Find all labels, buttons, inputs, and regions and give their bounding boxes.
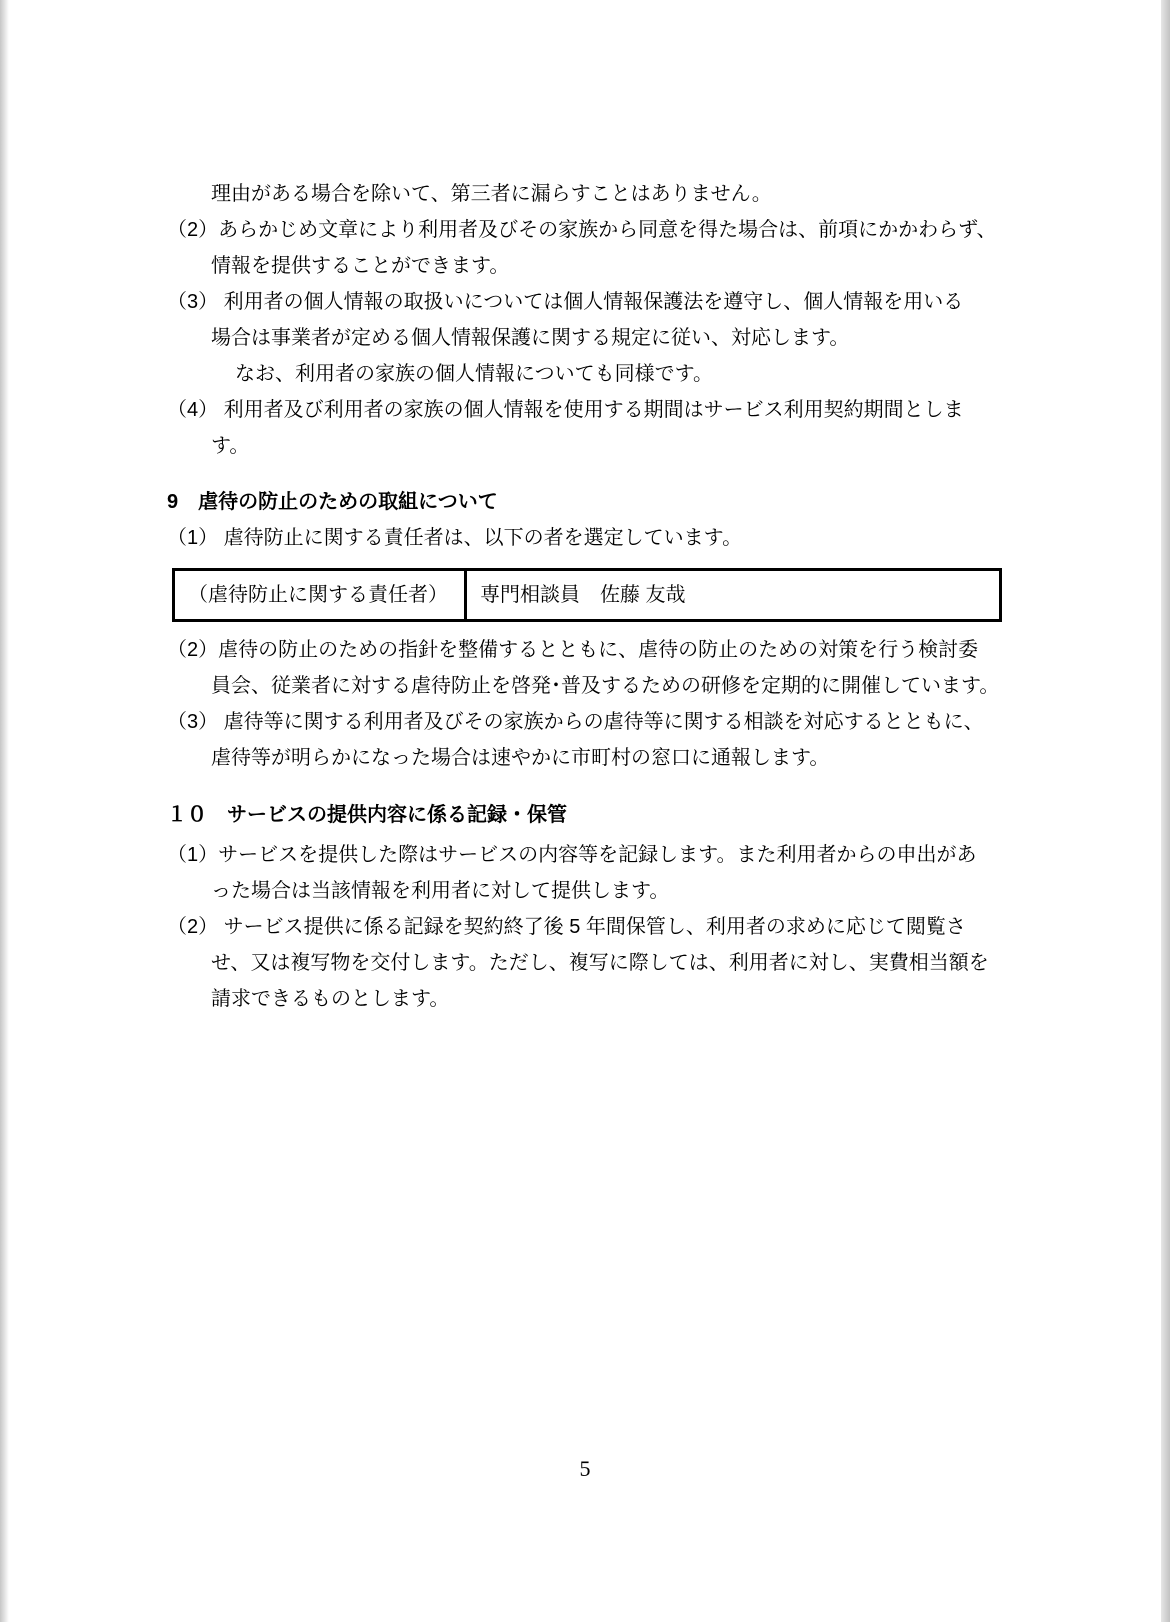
abuse-line: 虐待等が明らかになった場合は速やかに市町村の窓口に通報します。 bbox=[167, 740, 1010, 776]
privacy-item-3: （3） 利用者の個人情報の取扱いについては個人情報保護法を遵守し、個人情報を用い… bbox=[167, 284, 1010, 320]
records-line: った場合は当該情報を利用者に対して提供します。 bbox=[167, 873, 1010, 909]
viewer-gutter-left bbox=[0, 0, 9, 1622]
viewer-gutter-right bbox=[1161, 0, 1170, 1622]
privacy-note-line: なお、利用者の家族の個人情報についても同様です。 bbox=[167, 356, 1010, 392]
records-line: 請求できるものとします。 bbox=[167, 981, 1010, 1017]
table-row: （虐待防止に関する責任者） 専門相談員 佐藤 友哉 bbox=[174, 570, 1001, 621]
records-item-1: （1）サービスを提供した際はサービスの内容等を記録します。また利用者からの申出が… bbox=[167, 837, 1010, 873]
records-item-2: （2） サービス提供に係る記録を契約終了後 5 年間保管し、利用者の求めに応じて… bbox=[167, 909, 1010, 945]
document-page: 理由がある場合を除いて、第三者に漏らすことはありません。 （2）あらかじめ文章に… bbox=[0, 0, 1170, 1622]
section-10-heading: １０ サービスの提供内容に係る記録・保管 bbox=[167, 797, 1010, 833]
privacy-item-2: （2）あらかじめ文章により利用者及びその家族から同意を得た場合は、前項にかかわら… bbox=[167, 212, 1010, 248]
abuse-line: 員会、従業者に対する虐待防止を啓発･普及するための研修を定期的に開催しています。 bbox=[167, 668, 1010, 704]
abuse-item-3: （3） 虐待等に関する利用者及びその家族からの虐待等に関する相談を対応するととも… bbox=[167, 704, 1010, 740]
records-line: せ、又は複写物を交付します。ただし、複写に際しては、利用者に対し、実費相当額を bbox=[167, 945, 1010, 981]
privacy-line: 理由がある場合を除いて、第三者に漏らすことはありません。 bbox=[167, 176, 1010, 212]
section-9-heading: 9 虐待の防止のための取組について bbox=[167, 484, 1010, 520]
privacy-line: 情報を提供することができます。 bbox=[167, 248, 1010, 284]
document-body: 理由がある場合を除いて、第三者に漏らすことはありません。 （2）あらかじめ文章に… bbox=[167, 176, 1010, 1017]
privacy-item-4: （4） 利用者及び利用者の家族の個人情報を使用する期間はサービス利用契約期間とし… bbox=[167, 392, 1010, 428]
privacy-line: す。 bbox=[167, 428, 1010, 464]
abuse-item-2: （2）虐待の防止のための指針を整備するとともに、虐待の防止のための対策を行う検討… bbox=[167, 632, 1010, 668]
page-number: 5 bbox=[0, 1455, 1170, 1483]
responsible-person-value-cell: 専門相談員 佐藤 友哉 bbox=[466, 570, 1001, 621]
abuse-prevention-responsible-table: （虐待防止に関する責任者） 専門相談員 佐藤 友哉 bbox=[172, 568, 1002, 622]
responsible-person-label-cell: （虐待防止に関する責任者） bbox=[174, 570, 466, 621]
privacy-line: 場合は事業者が定める個人情報保護に関する規定に従い、対応します。 bbox=[167, 320, 1010, 356]
abuse-item-1: （1） 虐待防止に関する責任者は、以下の者を選定しています。 bbox=[167, 520, 1010, 556]
